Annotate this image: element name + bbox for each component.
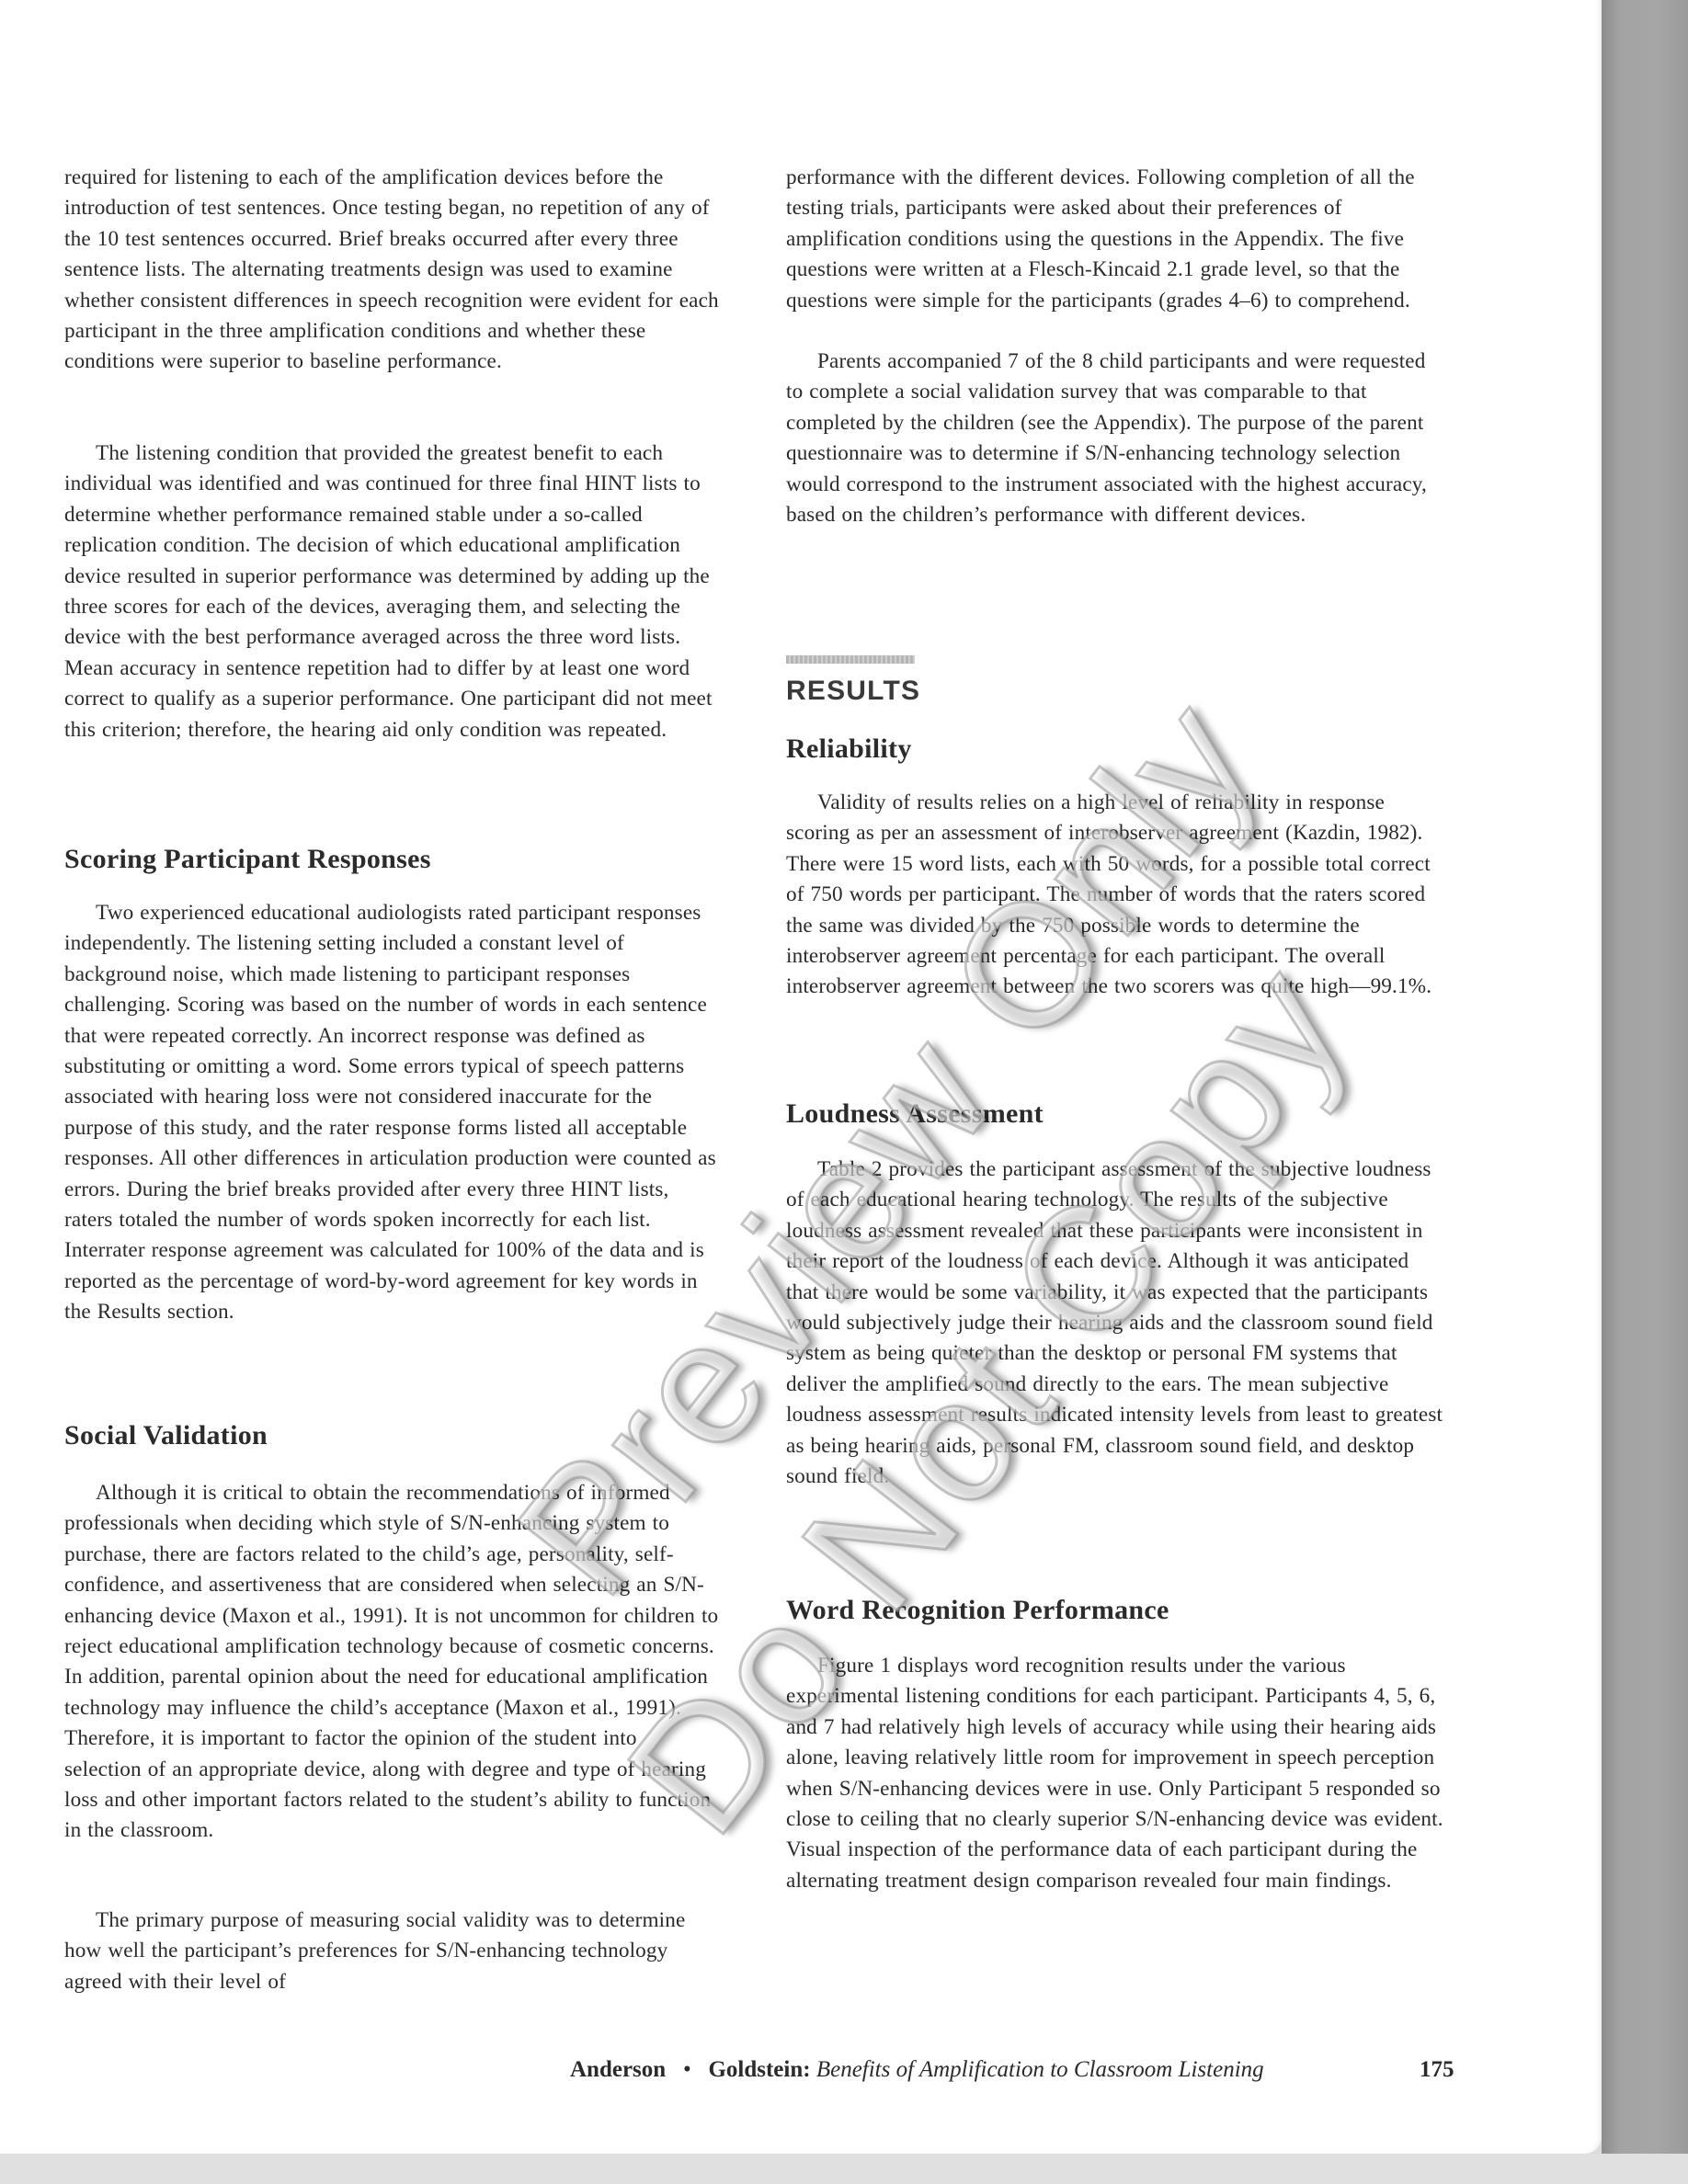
document-page: required for listening to each of the am… (0, 0, 1602, 2154)
section-divider-bar (786, 655, 915, 664)
paragraph: Table 2 provides the participant assessm… (786, 1155, 1446, 1492)
paragraph: Two experienced educational audiologists… (64, 898, 719, 1328)
section-heading-social-validation: Social Validation (64, 1420, 268, 1451)
footer-author-2: Goldstein: (708, 2057, 810, 2082)
paragraph: Figure 1 displays word recognition resul… (786, 1651, 1446, 1896)
scanner-edge-right (1602, 0, 1688, 2184)
paragraph: Validity of results relies on a high lev… (786, 788, 1446, 1003)
page-footer: Anderson • Goldstein: Benefits of Amplif… (570, 2057, 1471, 2083)
subsection-heading-word-recognition: Word Recognition Performance (786, 1595, 1169, 1626)
paragraph: The listening condition that provided th… (64, 438, 719, 745)
footer-author-1: Anderson (570, 2057, 666, 2082)
paragraph: required for listening to each of the am… (64, 163, 719, 378)
paragraph: The primary purpose of measuring social … (64, 1905, 719, 1997)
paragraph: performance with the different devices. … (786, 163, 1446, 316)
scanner-edge-bottom (0, 2154, 1688, 2184)
paragraph: Although it is critical to obtain the re… (64, 1478, 719, 1847)
page-number: 175 (1420, 2057, 1454, 2083)
section-heading-results: RESULTS (786, 676, 920, 707)
subsection-heading-reliability: Reliability (786, 734, 912, 765)
paragraph: Parents accompanied 7 of the 8 child par… (786, 347, 1446, 530)
subsection-heading-loudness: Loudness Assessment (786, 1098, 1044, 1130)
section-heading-scoring: Scoring Participant Responses (64, 844, 431, 875)
footer-separator-bullet: • (683, 2057, 691, 2082)
footer-article-title: Benefits of Amplification to Classroom L… (816, 2057, 1264, 2082)
